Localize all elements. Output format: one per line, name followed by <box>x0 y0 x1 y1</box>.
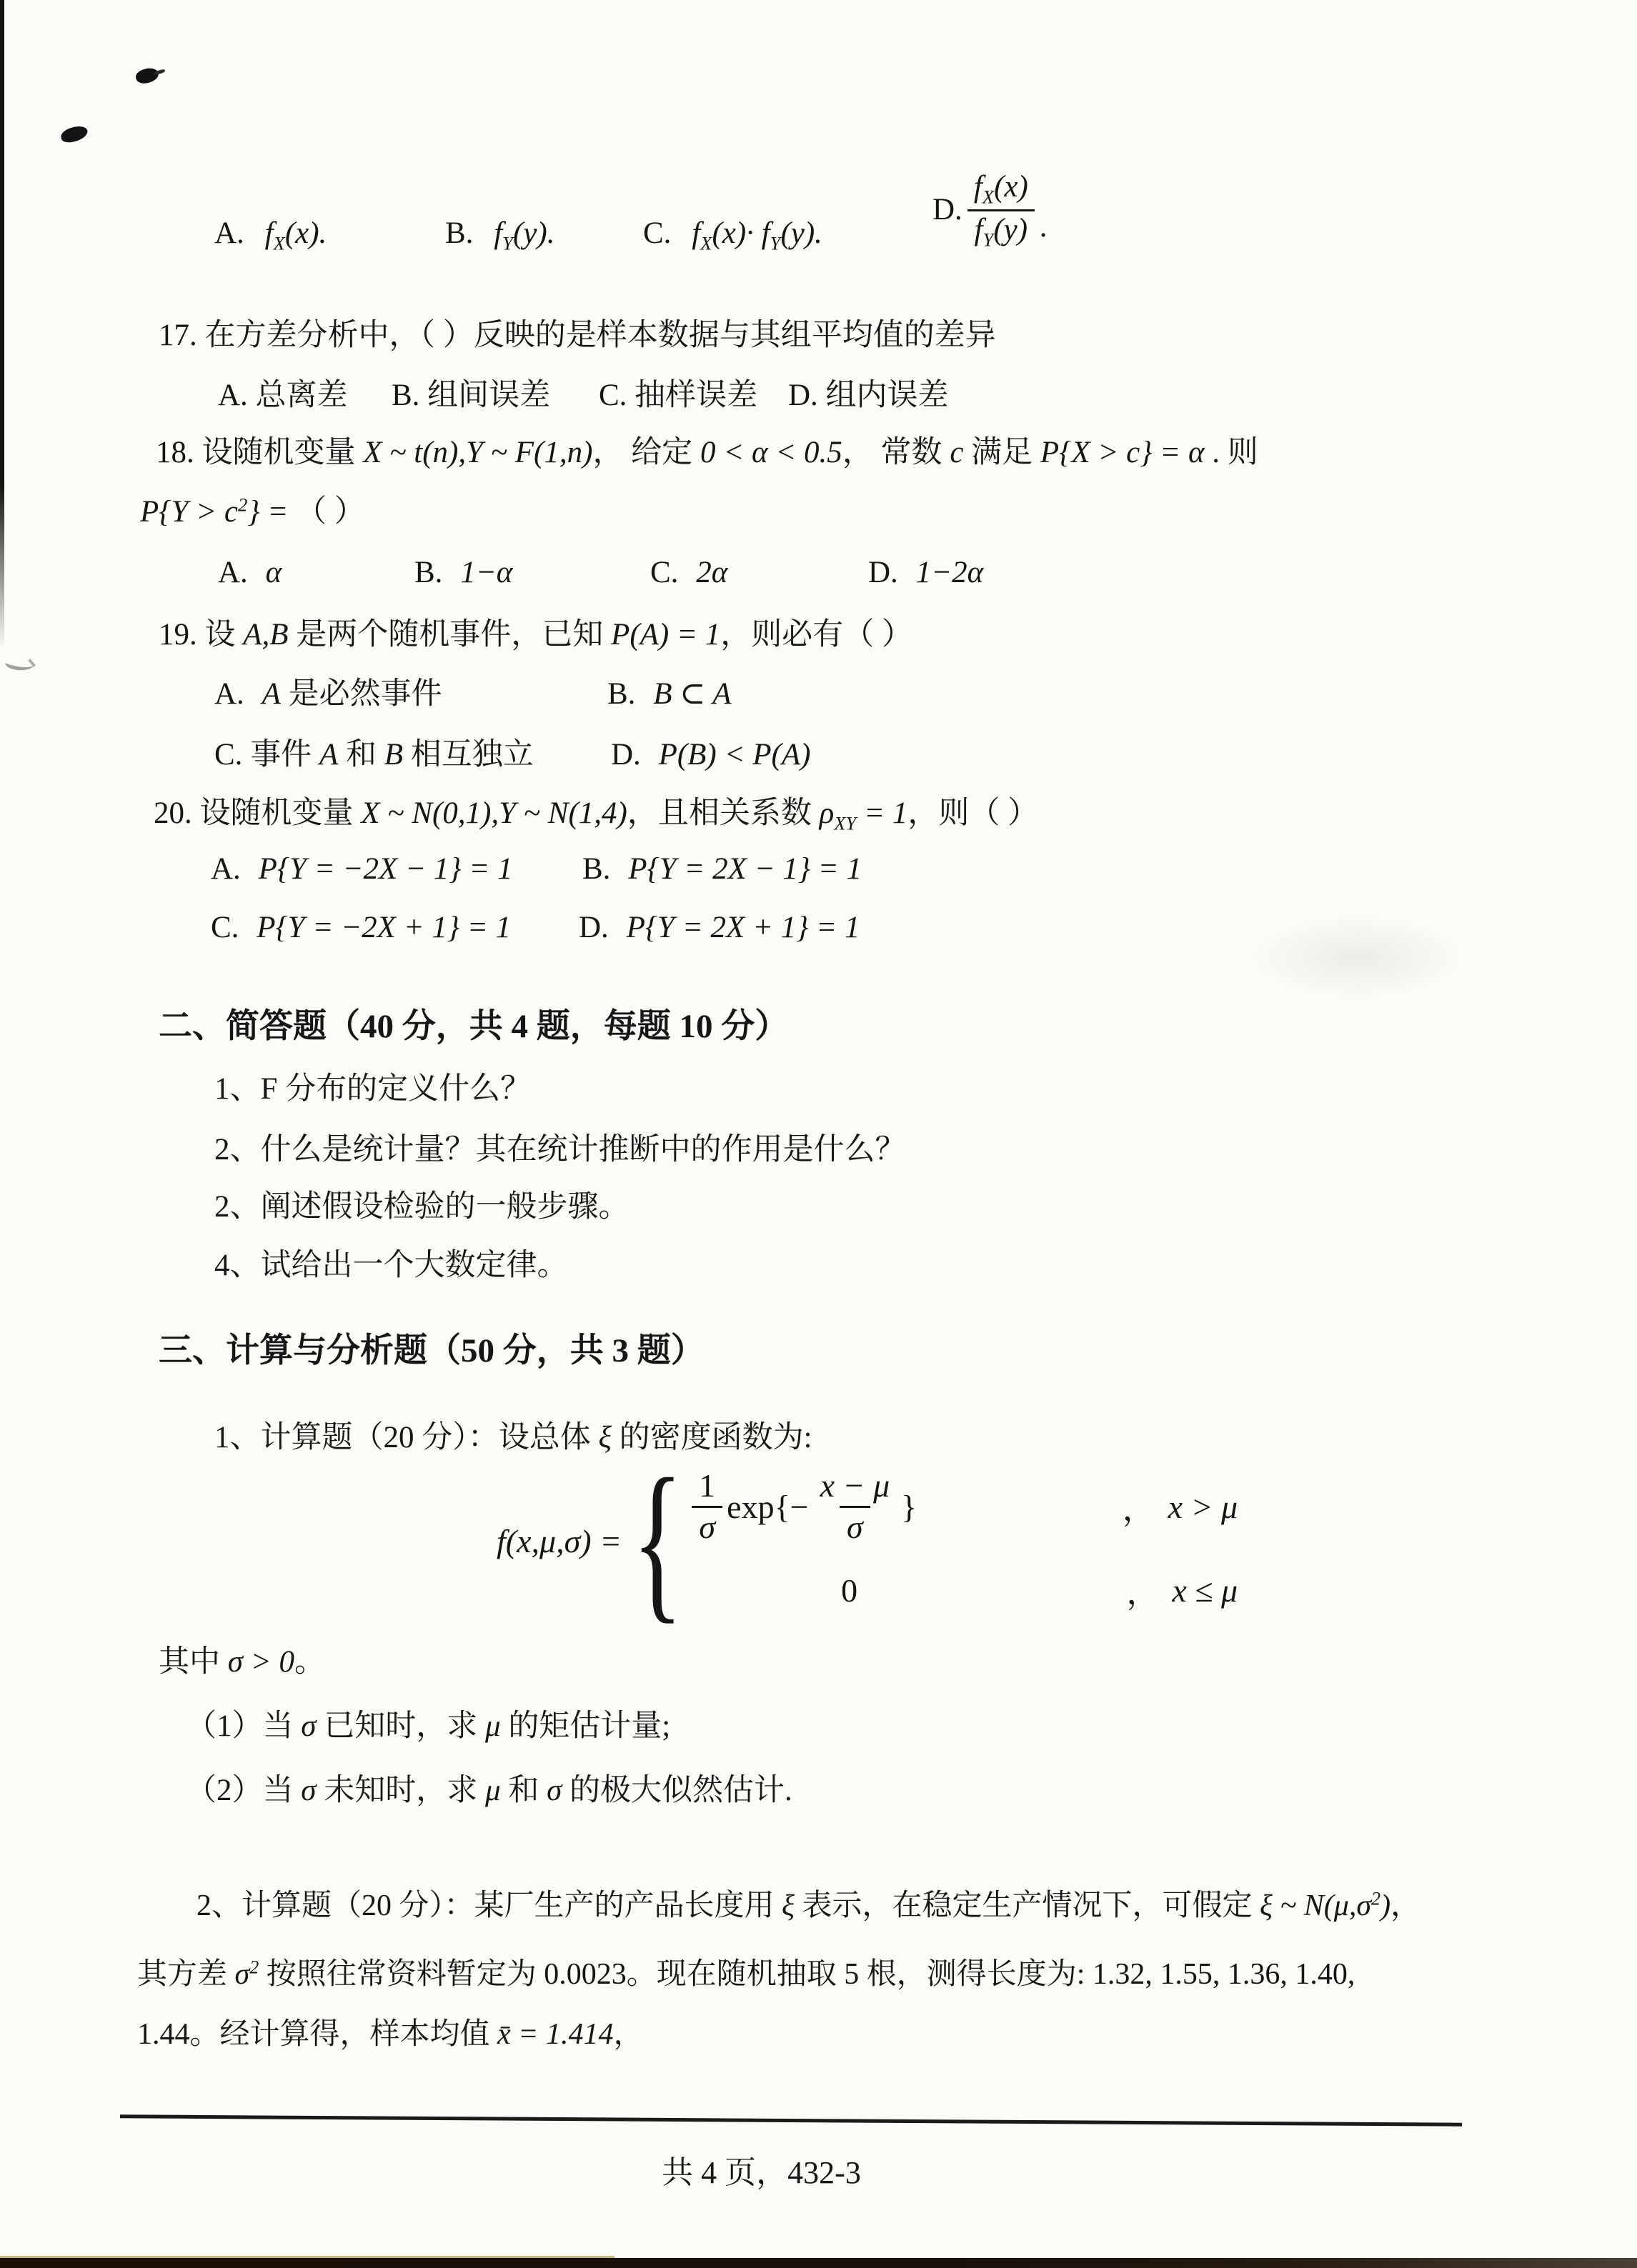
q20-option-c-label: C. <box>211 911 239 944</box>
section-3-heading: 三、计算与分析题（50 分，共 3 题） <box>159 1330 705 1372</box>
q16-option-c: C. fX(x)· fY(y). <box>643 214 822 256</box>
q19-option-b-math: B ⊂ A <box>653 677 731 711</box>
part2-text-3: 和 <box>501 1774 547 1807</box>
q17-option-d: D. 组内误差 <box>788 376 949 415</box>
sigma-condition-text-1: 其中 <box>159 1645 228 1679</box>
q16-option-d-fraction: fX(x) fY(y) <box>967 170 1035 250</box>
part2-text-2: 未知时，求 <box>316 1774 485 1807</box>
scan-edge-strip <box>0 0 4 649</box>
q19-option-b: B. B ⊂ A <box>607 675 731 714</box>
problem-2-text-4: 其方差 <box>137 1958 235 1991</box>
problem-2-math-1: ξ <box>782 1889 795 1922</box>
problem-2-text-6: 1.44。经计算得，样本均值 <box>137 2018 497 2051</box>
section-2-heading: 二、简答题（40 分，共 4 题，每题 10 分） <box>159 1006 788 1048</box>
frac2-denominator: σ <box>840 1506 870 1546</box>
q19-option-c-text-3: 相互独立 <box>403 738 534 771</box>
q20-math-1: X ~ N(0,1),Y ~ N(1,4) <box>361 796 627 830</box>
problem-2-text-7: ， <box>614 2018 644 2051</box>
q20-option-d: D. P{Y = 2X + 1} = 1 <box>579 909 860 947</box>
q18-text-3: ， 常数 <box>842 436 950 469</box>
section-2-item-1: 1、F 分布的定义什么？ <box>214 1070 531 1109</box>
q20-option-a-label: A. <box>211 852 241 886</box>
formula-cases: 1 σ exp{− x − μ σ } ， x > μ 0 ， x ≤ μ <box>687 1468 1238 1614</box>
q18-option-c-label: C. <box>650 556 678 589</box>
scan-bottom-edge <box>0 2258 1637 2268</box>
q20-option-d-math: P{Y = 2X + 1} = 1 <box>627 911 860 944</box>
pencil-mark <box>4 652 36 674</box>
q18-text-1: 设随机变量 <box>194 436 364 469</box>
q19-option-d: D. P(B) < P(A) <box>611 736 810 774</box>
problem-2-text-1: 2、计算题（20 分）：某厂生产的产品长度用 <box>196 1889 782 1922</box>
q16-option-a: A. fX(x). <box>214 214 327 256</box>
q19-text-1: 19. 设 <box>159 618 243 651</box>
frac2-numerator: x − μ <box>813 1468 897 1506</box>
problem-2-math-2: ξ ~ N(μ,σ2) <box>1260 1889 1390 1922</box>
formula-lhs: f(x,μ,σ) = <box>497 1522 622 1560</box>
q18-option-b: B. 1−α <box>414 554 512 592</box>
q18-number: 18. <box>156 436 194 469</box>
problem-2-line-1: 2、计算题（20 分）：某厂生产的产品长度用 ξ 表示，在稳定生产情况下，可假定… <box>196 1887 1420 1925</box>
q19-option-d-label: D. <box>611 738 641 771</box>
q19-option-a-text: 是必然事件 <box>281 677 442 711</box>
q16-option-b: B. fY(y). <box>445 214 554 256</box>
q16-option-a-label: A. <box>214 216 244 250</box>
q18-math-4: P{X > c} = α <box>1040 436 1205 469</box>
section-3-problem-1: 1、计算题（20 分）：设总体 ξ 的密度函数为: <box>214 1419 812 1457</box>
question-20: 20. 设随机变量 X ~ N(0,1),Y ~ N(1,4)，且相关系数 ρX… <box>154 794 1038 836</box>
formula-comma-1: ， <box>1123 1483 1155 1530</box>
part1-text-3: 的矩估计量; <box>501 1709 671 1743</box>
problem-2-math-3: σ2 <box>235 1958 259 1991</box>
q19-math-1: A,B <box>243 618 288 651</box>
q19-option-b-label: B. <box>607 677 635 711</box>
q19-text-2: 是两个随机事件，已知 <box>289 618 612 651</box>
q16-option-b-label: B. <box>445 216 473 250</box>
q19-option-c-text-2: 和 <box>338 738 384 771</box>
scan-smudge <box>1250 914 1465 1000</box>
q20-text-3: ，则（ ） <box>907 796 1038 830</box>
q20-option-d-label: D. <box>579 911 609 944</box>
q20-text-1: 20. 设随机变量 <box>154 796 361 830</box>
q16-option-a-value: fX(x). <box>265 216 327 250</box>
problem-2-line-2: 其方差 σ2 按照往常资料暂定为 0.0023。现在随机抽取 5 根，测得长度为… <box>137 1956 1355 1994</box>
q18-math-3: c <box>950 436 963 469</box>
formula-cond-2-group: ， x ≤ μ <box>1126 1567 1238 1614</box>
section-2-item-2: 2、什么是统计量？其在统计推断中的作用是什么？ <box>214 1131 906 1169</box>
q17-option-c: C. 抽样误差 <box>599 376 757 415</box>
q19-option-c: C. 事件 A 和 B 相互独立 <box>214 736 534 774</box>
part2-text-4: 的极大似然估计. <box>562 1774 792 1807</box>
q19-option-a: A. A 是必然事件 <box>214 675 442 714</box>
question-18-line-2: P{Y > c2} = （ ） <box>140 493 365 531</box>
q19-option-c-math-2: B <box>384 738 403 771</box>
q18-math-1: X ~ t(n),Y ~ F(1,n) <box>363 436 592 469</box>
formula-comma-2: ， <box>1126 1567 1159 1614</box>
q18-option-a: A. α <box>218 554 282 592</box>
formula-zero: 0 <box>841 1572 857 1609</box>
question-18-line-1: 18. 设随机变量 X ~ t(n),Y ~ F(1,n)， 给定 0 < α … <box>156 434 1258 472</box>
q18-option-d-label: D. <box>868 556 898 589</box>
formula-exp-close: } <box>901 1488 917 1526</box>
q20-option-c: C. P{Y = −2X + 1} = 1 <box>211 909 511 947</box>
problem-1-part-1: （1）当 σ 已知时，求 μ 的矩估计量; <box>186 1707 670 1746</box>
footer-divider <box>120 2114 1462 2126</box>
formula-frac-2: x − μ σ <box>813 1468 897 1545</box>
q18-option-b-label: B. <box>414 556 442 589</box>
q20-option-b-math: P{Y = 2X − 1} = 1 <box>628 852 862 886</box>
ink-blot-1 <box>134 66 161 86</box>
frac1-numerator: 1 <box>692 1468 722 1506</box>
formula-cond-1-group: ， x > μ <box>1123 1483 1238 1530</box>
q18-text-5: . 则 <box>1205 436 1258 469</box>
q18-option-d: D. 1−2α <box>868 554 983 592</box>
question-17: 17. 在方差分析中，（ ）反映的是样本数据与其组平均值的差异 <box>159 316 996 355</box>
q18-line2-math: P{Y > c2} = <box>140 495 288 529</box>
part1-text-2: 已知时，求 <box>316 1709 485 1743</box>
q19-option-c-math-1: A <box>319 738 338 771</box>
part2-math-3: σ <box>547 1774 562 1807</box>
q18-option-c: C. 2α <box>650 554 727 592</box>
q19-math-2: P(A) = 1 <box>611 618 720 651</box>
problem-1-math: ξ <box>599 1421 612 1454</box>
q19-option-a-label: A. <box>214 677 244 711</box>
q20-option-b-label: B. <box>582 852 610 886</box>
q18-option-b-value: 1−α <box>460 556 512 589</box>
part1-math-2: μ <box>485 1709 501 1743</box>
formula-frac-1: 1 σ <box>692 1468 722 1545</box>
sigma-condition-math: σ > 0 <box>228 1645 294 1679</box>
formula-exp-open: exp{− <box>727 1488 808 1526</box>
q19-option-d-math: P(B) < P(A) <box>659 738 811 771</box>
part1-math-1: σ <box>301 1709 316 1743</box>
page-footer: 共 4 页，432-3 <box>0 2147 1523 2192</box>
q16-option-b-value: fY(y). <box>494 216 554 250</box>
part2-text-1: （2）当 <box>186 1774 301 1807</box>
q19-option-a-math: A <box>262 677 281 711</box>
frac1-denominator: σ <box>692 1506 722 1546</box>
question-19: 19. 设 A,B 是两个随机事件，已知 P(A) = 1，则必有（ ） <box>159 616 912 654</box>
problem-1-text-1: 1、计算题（20 分）：设总体 <box>214 1421 599 1454</box>
q19-option-c-text-1: 事件 <box>242 738 319 771</box>
q18-option-c-value: 2α <box>696 556 727 589</box>
q18-text-2: ， 给定 <box>592 436 700 469</box>
q20-math-2: ρXY = 1 <box>820 796 908 830</box>
formula-case-1: 1 σ exp{− x − μ σ } ， x > μ <box>687 1468 1238 1545</box>
q16-option-d-label: D. <box>932 191 962 229</box>
q17-option-a: A. 总离差 <box>218 376 348 415</box>
section-2-item-4: 4、试给出一个大数定律。 <box>214 1247 568 1285</box>
part1-text-1: （1）当 <box>186 1709 301 1743</box>
q18-math-2: 0 < α < 0.5 <box>700 436 842 469</box>
part2-math-2: μ <box>485 1774 501 1807</box>
q18-option-d-value: 1−2α <box>916 556 984 589</box>
problem-2-text-3: ， <box>1390 1889 1420 1922</box>
q17-option-b: B. 组间误差 <box>392 376 550 415</box>
q16-option-d-period: . <box>1040 208 1048 246</box>
formula-cond-2: x ≤ μ <box>1172 1572 1238 1609</box>
problem-2-math-4: x̄ = 1.414 <box>497 2018 613 2051</box>
q18-option-a-value: α <box>266 556 282 589</box>
q16-option-d-denominator: fY(y) <box>967 209 1035 251</box>
sigma-condition-text-2: 。 <box>294 1645 325 1679</box>
exam-page-scan: A. fX(x). B. fY(y). C. fX(x)· fY(y). D. … <box>0 0 1637 2268</box>
problem-2-text-5: 按照往常资料暂定为 0.0023。现在随机抽取 5 根，测得长度为: 1.32,… <box>259 1958 1355 1991</box>
q16-option-d-numerator: fX(x) <box>967 170 1035 209</box>
q20-option-b: B. P{Y = 2X − 1} = 1 <box>582 850 862 889</box>
q18-option-a-label: A. <box>218 556 248 589</box>
sigma-condition-line: 其中 σ > 0。 <box>159 1643 325 1682</box>
q16-option-c-value: fX(x)· fY(y). <box>692 216 822 250</box>
part2-math-1: σ <box>301 1774 316 1807</box>
q16-option-d: D. fX(x) fY(y) . <box>932 170 1048 250</box>
q18-text-4: 满足 <box>963 436 1040 469</box>
problem-1-part-2: （2）当 σ 未知时，求 μ 和 σ 的极大似然估计. <box>186 1772 792 1810</box>
q20-option-a-math: P{Y = −2X − 1} = 1 <box>259 852 513 886</box>
q20-option-c-math: P{Y = −2X + 1} = 1 <box>257 911 511 944</box>
q20-option-a: A. P{Y = −2X − 1} = 1 <box>211 850 512 889</box>
q16-option-c-label: C. <box>643 216 671 250</box>
density-function-formula: f(x,μ,σ) = { 1 σ exp{− x − μ σ } ， x > μ <box>497 1468 1238 1614</box>
q19-option-c-label: C. <box>214 738 242 771</box>
q18-line2-parens: （ ） <box>288 495 365 529</box>
ink-blot-2 <box>59 124 89 144</box>
q19-text-3: ，则必有（ ） <box>720 618 912 651</box>
problem-2-line-3: 1.44。经计算得，样本均值 x̄ = 1.414， <box>137 2016 644 2054</box>
section-2-item-3: 2、阐述假设检验的一般步骤。 <box>214 1188 630 1227</box>
q20-text-2: ，且相关系数 <box>627 796 820 830</box>
formula-case-2: 0 ， x ≤ μ <box>687 1567 1238 1614</box>
problem-2-text-2: 表示，在稳定生产情况下，可假定 <box>795 1889 1260 1922</box>
formula-cond-1: x > μ <box>1168 1488 1238 1526</box>
